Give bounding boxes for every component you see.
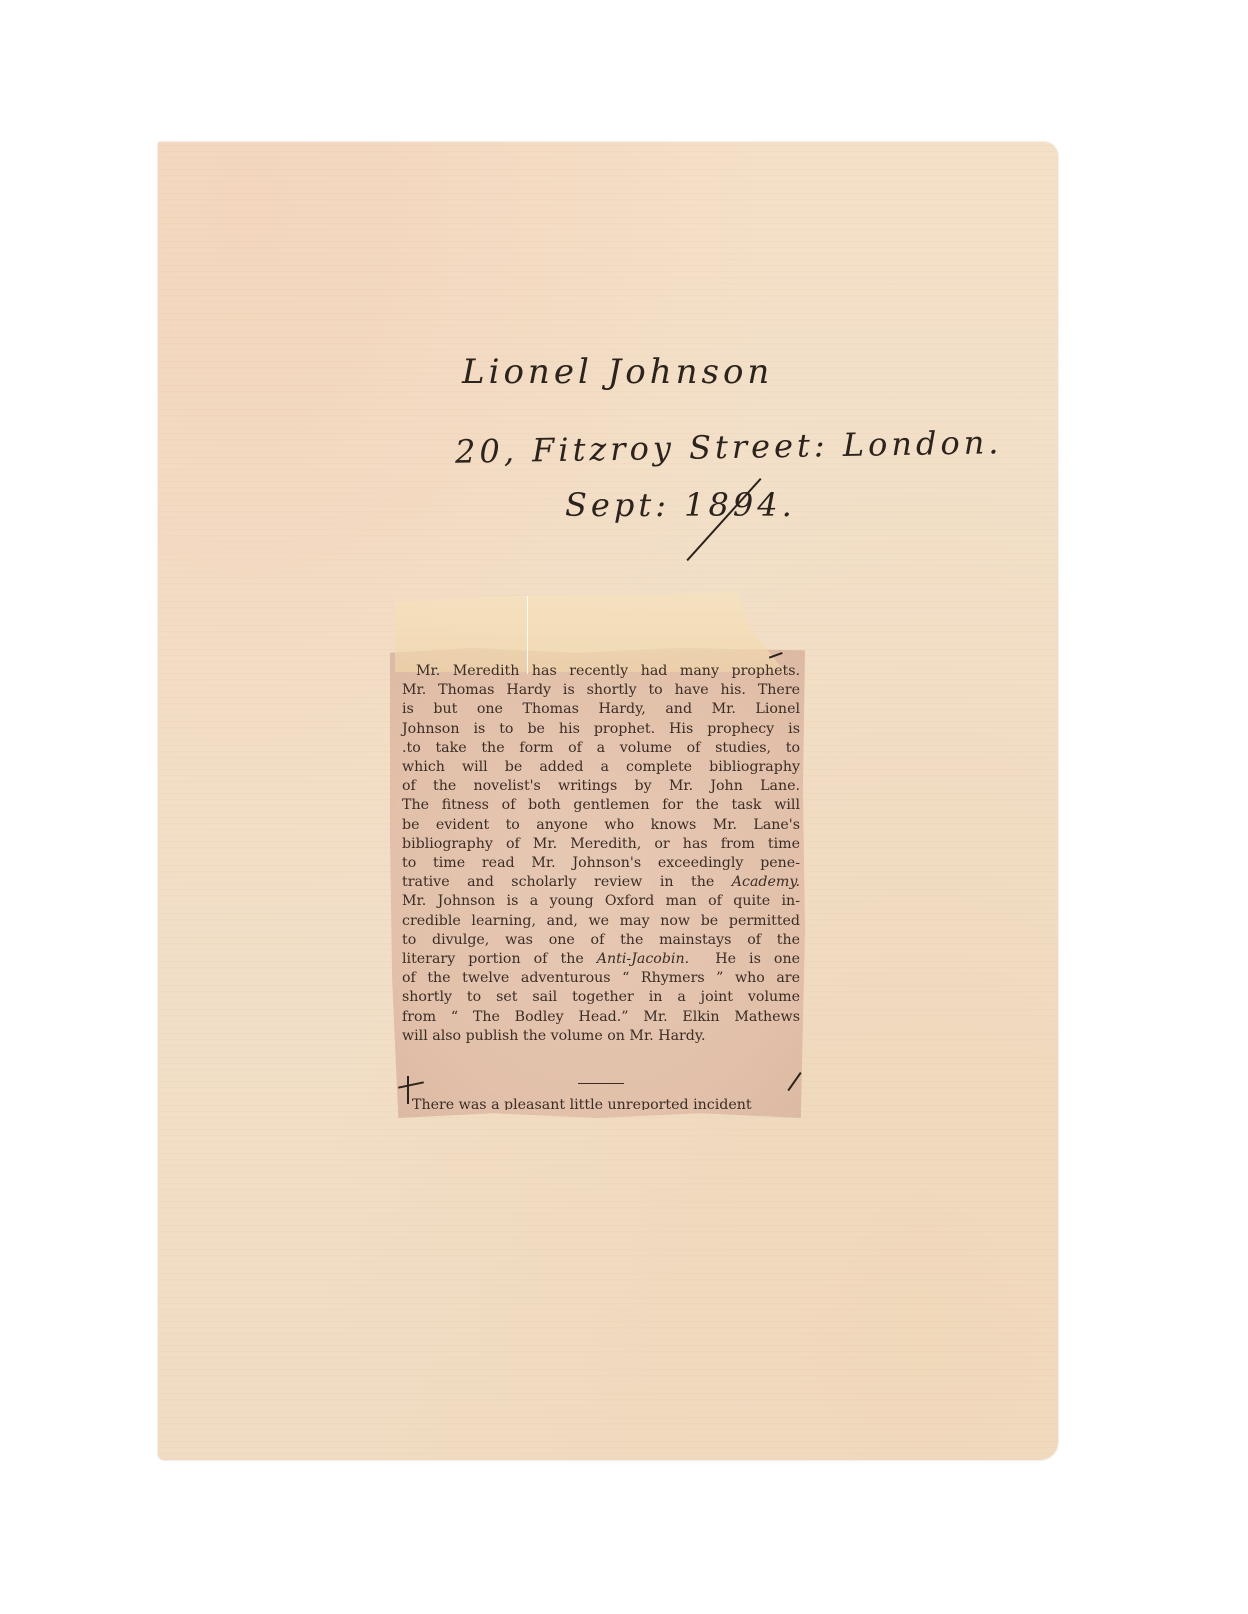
clipping-text: literary portion of the: [402, 951, 584, 967]
clipping-line: to time read Mr. Johnson's exceedingly p…: [402, 854, 800, 873]
handwritten-date: Sept: 1894.: [565, 486, 796, 524]
clipping-line: is but one Thomas Hardy, and Mr. Lionel: [402, 700, 800, 719]
clipping-line: Mr. Johnson is a young Oxford man of qui…: [402, 892, 800, 911]
clipping-line: be evident to anyone who knows Mr. Lane'…: [402, 816, 800, 835]
periodical-title-academy: Academy.: [732, 874, 800, 890]
clipping-text: He is one: [689, 951, 800, 967]
clipping-line: credible learning, and, we may now be pe…: [402, 912, 800, 931]
handwritten-name: Lionel Johnson: [462, 352, 773, 392]
clipping-text: trative and scholarly review in the: [402, 874, 714, 890]
clipping-line: of the twelve adventurous “ Rhymers ” wh…: [402, 969, 800, 988]
clipping-line: Johnson is to be his prophet. His prophe…: [402, 720, 800, 739]
clipping-line: .to take the form of a volume of studies…: [402, 739, 800, 758]
clipping-line: to divulge, was one of the mainstays of …: [402, 931, 800, 950]
clipping-line: will also publish the volume on Mr. Hard…: [402, 1027, 800, 1046]
next-article-fragment: There was a pleasant little unreported i…: [412, 1096, 802, 1110]
article-separator-rule: [578, 1083, 624, 1084]
clipping-line-anti-jacobin: literary portion of the Anti-Jacobin. He…: [402, 950, 800, 969]
clipping-article-text: Mr. Meredith has recently had many proph…: [402, 662, 800, 1046]
clipping-line: shortly to set sail together in a joint …: [402, 988, 800, 1007]
clipping-line: from “ The Bodley Head.” Mr. Elkin Mathe…: [402, 1008, 800, 1027]
clipping-line: which will be added a complete bibliogra…: [402, 758, 800, 777]
adhesive-tape: [395, 592, 785, 672]
clipping-line: The fitness of both gentlemen for the ta…: [402, 796, 800, 815]
clipping-line: Mr. Thomas Hardy is shortly to have his.…: [402, 681, 800, 700]
clipping-line: Mr. Meredith has recently had many proph…: [402, 662, 800, 681]
clipping-line: bibliography of Mr. Meredith, or has fro…: [402, 835, 800, 854]
clipping-line-academy: trative and scholarly review in the Acad…: [402, 873, 800, 892]
clipping-line: of the novelist's writings by Mr. John L…: [402, 777, 800, 796]
periodical-title-anti-jacobin: Anti-Jacobin.: [597, 951, 689, 967]
